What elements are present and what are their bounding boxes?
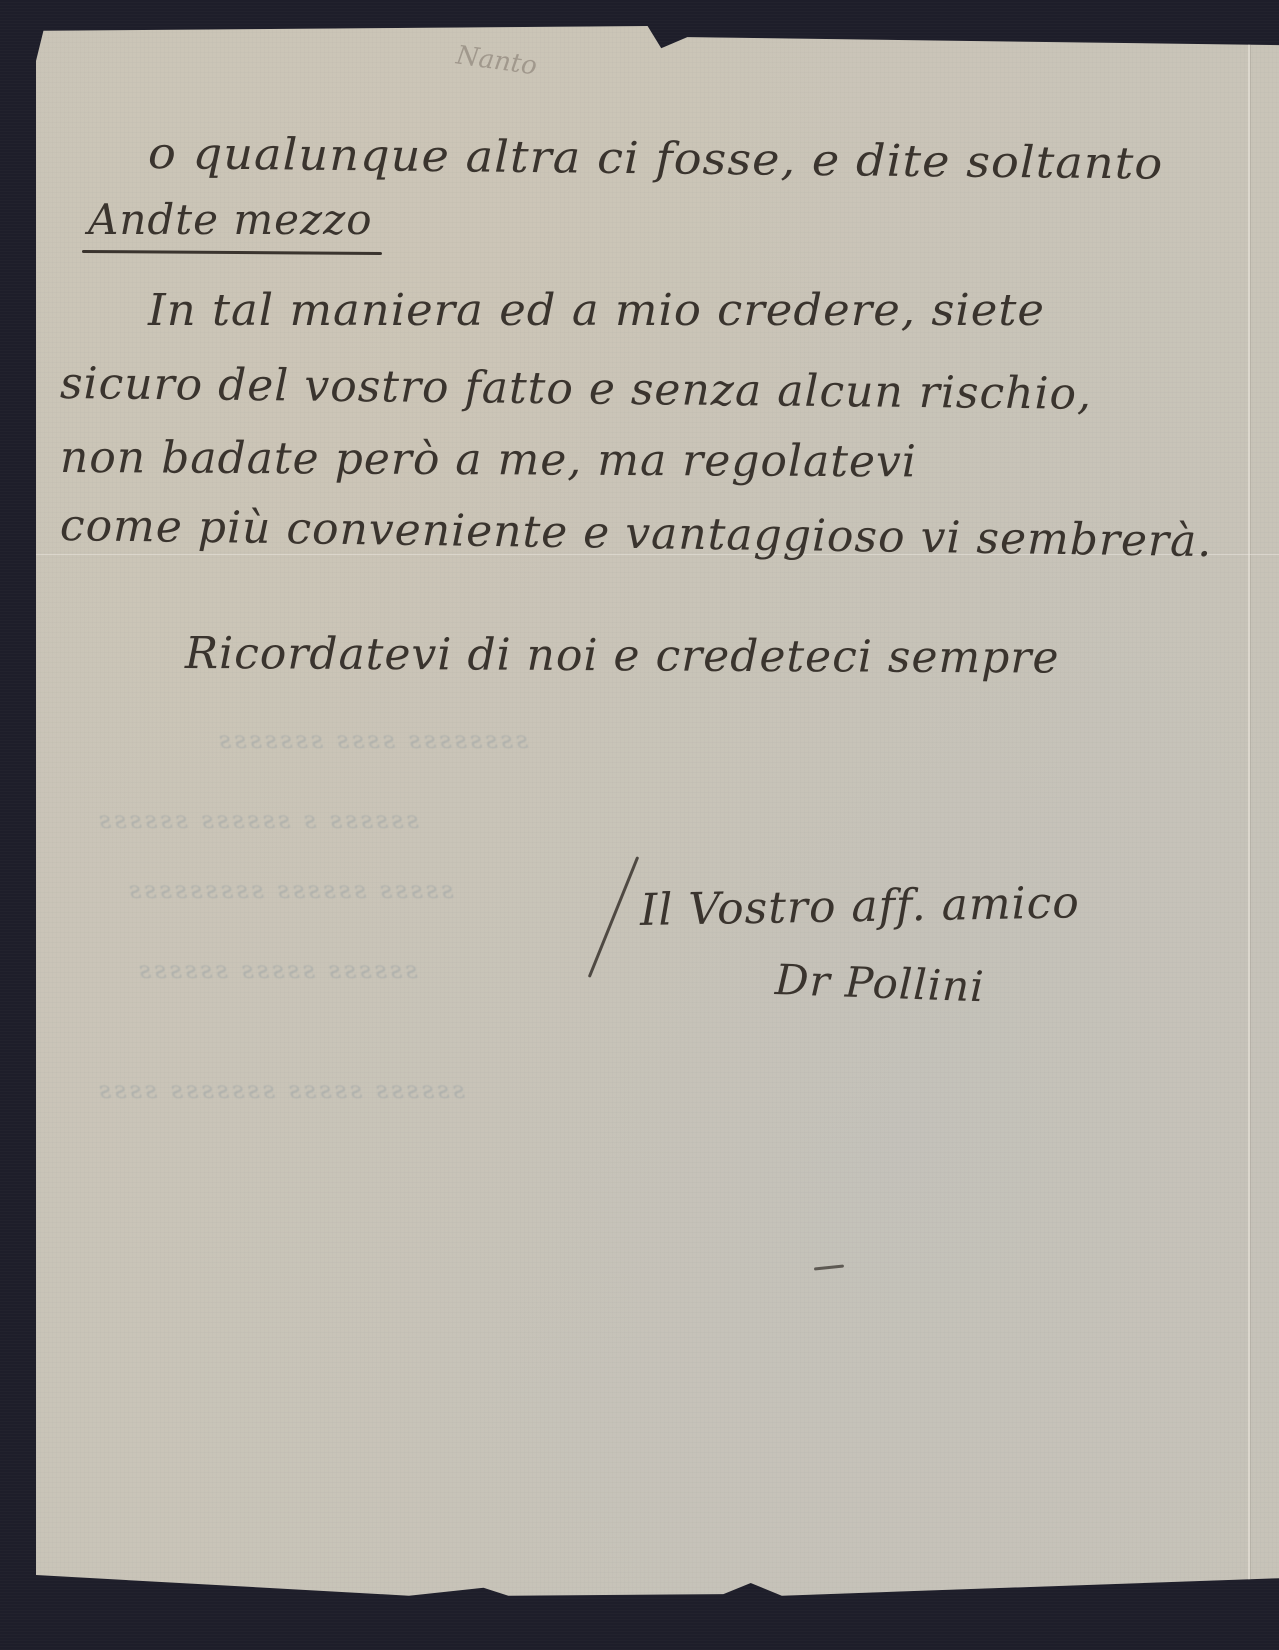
pencil-annotation: Nanto <box>454 41 538 82</box>
bleed-through-line: sssss ssssss sssssssss <box>126 876 454 904</box>
letter-line: sicuro del vostro fatto e senza alcun ri… <box>60 358 1093 420</box>
letter-line: Andte mezzo <box>88 195 373 244</box>
letter-line: In tal maniera ed a mio credere, siete <box>148 285 1045 336</box>
letter-line: Ricordatevi di noi e credeteci sempre <box>185 628 1060 684</box>
letter-line: o qualunque altra ci fosse, e dite solta… <box>148 128 1164 190</box>
fold-line <box>1248 26 1250 1618</box>
bleed-through-line: ssssss sssss sssssss ssss <box>96 1076 465 1104</box>
bleed-through-line: ssssss sssss ssssss <box>136 956 418 984</box>
signature-name: Dr Pollini <box>774 955 985 1011</box>
signature-closing: Il Vostro aff. amico <box>640 877 1081 936</box>
letter-sheet: ssssssss ssss sssssss ssssss s ssssss ss… <box>36 26 1279 1618</box>
bleed-through-line: ssssssss ssss sssssss <box>216 726 528 754</box>
letter-line: non badate però a me, ma regolatevi <box>60 432 917 487</box>
bleed-through-line: ssssss s ssssss ssssss <box>96 806 419 834</box>
